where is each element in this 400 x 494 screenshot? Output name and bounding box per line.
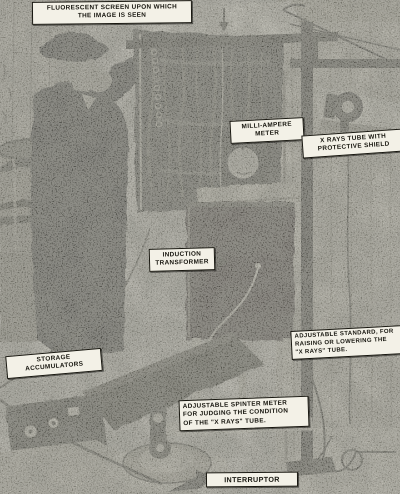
label-fluorescent-screen: FLUORESCENT SCREEN UPON WHICH THE IMAGE … (32, 0, 192, 24)
label-line: TRANSFORMER (153, 259, 211, 269)
label-line: INTERRUPTOR (210, 475, 294, 485)
label-spinter-meter: ADJUSTABLE SPINTER METER FOR JUDGING THE… (178, 396, 309, 432)
label-line: THE IMAGE IS SEEN (36, 12, 188, 22)
label-interruptor: INTERRUPTOR (206, 472, 298, 488)
label-milli-ampere-meter: MILLI-AMPERE METER (229, 117, 304, 143)
label-induction-transformer: INDUCTION TRANSFORMER (149, 247, 216, 271)
photograph: FLUORESCENT SCREEN UPON WHICH THE IMAGE … (0, 0, 400, 494)
label-adjustable-standard: ADJUSTABLE STANDARD, FOR RAISING OR LOWE… (290, 325, 400, 360)
